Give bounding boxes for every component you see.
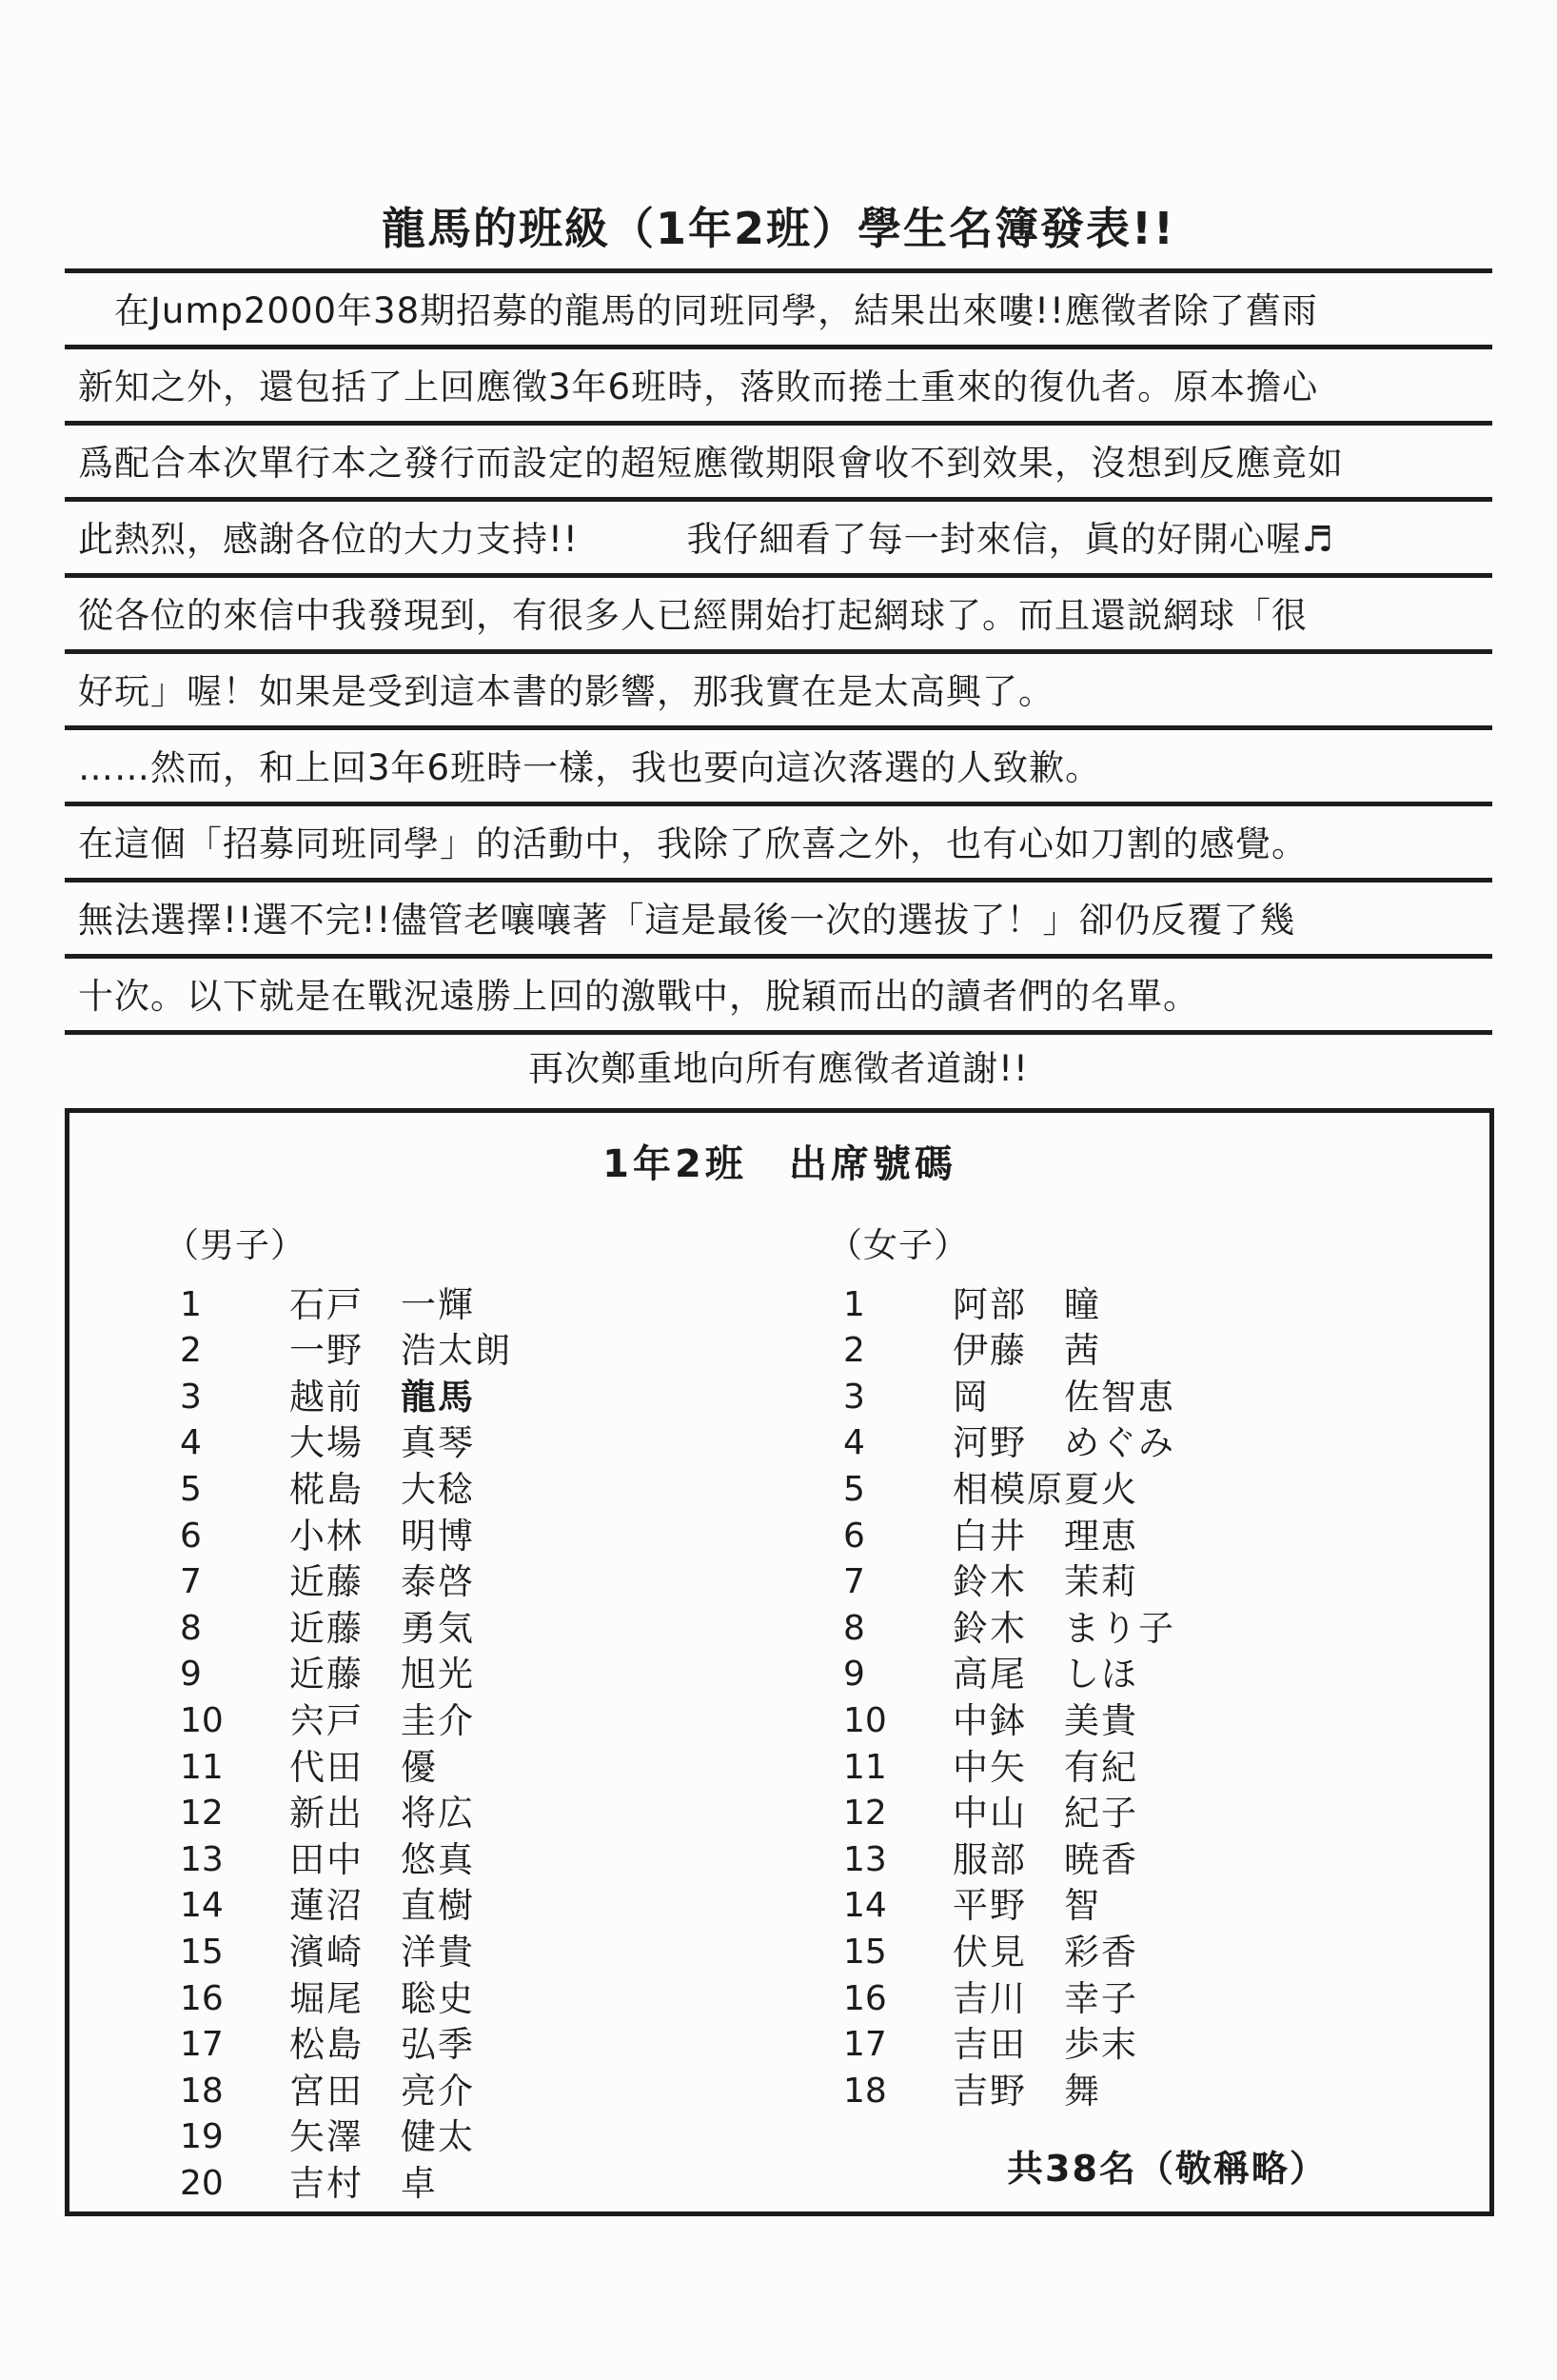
roster-row: 2伊藤茜 — [828, 1328, 1447, 1375]
roster-row: 11代田優 — [165, 1745, 828, 1792]
roster-given: 旭光 — [401, 1652, 828, 1698]
roster-given: 優 — [401, 1745, 828, 1792]
intro-line-1: 在Jump2000年38期招募的龍馬的同班同學，結果出來嘍!!應徵者除了舊雨 — [65, 273, 1492, 349]
roster-given: 歩末 — [1064, 2022, 1447, 2069]
roster-given: 有紀 — [1064, 1745, 1447, 1792]
roster-surname: 小林 — [289, 1514, 401, 1560]
closing-thanks-line: 再次鄭重地向所有應徵者道謝!! — [65, 1035, 1492, 1086]
roster-given: 真琴 — [401, 1420, 828, 1467]
roster-surname: 矢澤 — [289, 2114, 401, 2161]
roster-given: 大稔 — [401, 1467, 828, 1514]
roster-given: 洋貴 — [401, 1930, 828, 1976]
intro-line-5: 從各位的來信中我發現到，有很多人已經開始打起網球了。而且還説網球「很 — [65, 578, 1492, 654]
roster-row: 18吉野舞 — [828, 2069, 1447, 2115]
roster-no: 10 — [843, 1698, 953, 1745]
roster-row: 17松島弘季 — [165, 2022, 828, 2069]
roster-row: 1阿部瞳 — [828, 1282, 1447, 1329]
class-roster-box: 1年2班 出席號碼 （男子） 1石戸一輝2一野浩太朗3越前龍馬4大場真琴5椛島大… — [65, 1108, 1494, 2216]
roster-no: 4 — [843, 1420, 953, 1467]
boys-column-header: （男子） — [165, 1229, 828, 1263]
roster-row: 14平野智 — [828, 1883, 1447, 1930]
roster-no: 5 — [843, 1467, 953, 1514]
roster-surname: 新出 — [289, 1791, 401, 1837]
roster-surname: 吉野 — [953, 2069, 1064, 2115]
roster-row: 17吉田歩末 — [828, 2022, 1447, 2069]
roster-given: 龍馬 — [401, 1375, 828, 1421]
roster-title: 1年2班 出席號碼 — [69, 1145, 1489, 1183]
roster-given: 茉莉 — [1064, 1559, 1447, 1606]
roster-surname: 平野 — [953, 1883, 1064, 1930]
page-title: 龍馬的班級（1年2班）學生名簿發表!! — [65, 0, 1492, 253]
intro-line-6: 好玩」喔！如果是受到這本書的影響，那我實在是太高興了。 — [65, 654, 1492, 730]
roster-no: 10 — [180, 1698, 289, 1745]
roster-given: 将広 — [401, 1791, 828, 1837]
roster-given: 茜 — [1064, 1328, 1447, 1375]
roster-surname: 代田 — [289, 1745, 401, 1792]
roster-row: 4河野めぐみ — [828, 1420, 1447, 1467]
roster-no: 19 — [180, 2114, 289, 2161]
roster-surname: 吉川 — [953, 1976, 1064, 2023]
roster-surname: 伏見 — [953, 1930, 1064, 1976]
roster-no: 7 — [843, 1559, 953, 1606]
roster-no: 17 — [180, 2022, 289, 2069]
intro-line-3: 爲配合本次單行本之發行而設定的超短應徵期限會收不到效果，沒想到反應竟如 — [65, 426, 1492, 502]
roster-no: 8 — [843, 1606, 953, 1653]
girls-column-header: （女子） — [828, 1229, 1447, 1263]
roster-no: 5 — [180, 1467, 289, 1514]
roster-surname: 中山 — [953, 1791, 1064, 1837]
roster-row: 12新出将広 — [165, 1791, 828, 1837]
roster-no: 12 — [843, 1791, 953, 1837]
roster-given: 智 — [1064, 1883, 1447, 1930]
roster-given: 夏火 — [1064, 1467, 1447, 1514]
roster-surname: 宮田 — [289, 2069, 401, 2115]
intro-line-8: 在這個「招募同班同學」的活動中，我除了欣喜之外，也有心如刀割的感覺。 — [65, 806, 1492, 883]
roster-surname: 堀尾 — [289, 1976, 401, 2023]
roster-given: まり子 — [1064, 1606, 1447, 1653]
intro-line-4: 此熱烈，感謝各位的大力支持!! 我仔細看了每一封來信，眞的好開心喔♬ — [65, 502, 1492, 578]
roster-no: 13 — [843, 1837, 953, 1884]
roster-row: 14蓮沼直樹 — [165, 1883, 828, 1930]
roster-no: 8 — [180, 1606, 289, 1653]
roster-no: 1 — [180, 1282, 289, 1329]
roster-row: 7近藤泰啓 — [165, 1559, 828, 1606]
roster-surname: 河野 — [953, 1420, 1064, 1467]
roster-surname: 阿部 — [953, 1282, 1064, 1329]
roster-given: 聡史 — [401, 1976, 828, 2023]
roster-row: 2一野浩太朗 — [165, 1328, 828, 1375]
roster-surname: 中鉢 — [953, 1698, 1064, 1745]
roster-columns: （男子） 1石戸一輝2一野浩太朗3越前龍馬4大場真琴5椛島大稔6小林明博7近藤泰… — [69, 1229, 1489, 2208]
roster-row: 6小林明博 — [165, 1514, 828, 1560]
roster-given: 理恵 — [1064, 1514, 1447, 1560]
roster-given: 卓 — [401, 2161, 828, 2208]
intro-line-10: 十次。以下就是在戰況遠勝上回的激戰中，脫穎而出的讀者們的名單。 — [65, 959, 1492, 1035]
intro-line-9: 無法選擇!!選不完!!儘管老嚷嚷著「這是最後一次的選拔了！」卻仍反覆了幾 — [65, 883, 1492, 959]
roster-no: 6 — [843, 1514, 953, 1560]
roster-surname: 服部 — [953, 1837, 1064, 1884]
roster-no: 6 — [180, 1514, 289, 1560]
roster-given: 勇気 — [401, 1606, 828, 1653]
roster-surname: 白井 — [953, 1514, 1064, 1560]
roster-row: 5相模原夏火 — [828, 1467, 1447, 1514]
roster-row: 5椛島大稔 — [165, 1467, 828, 1514]
roster-given: 舞 — [1064, 2069, 1447, 2115]
roster-no: 2 — [180, 1328, 289, 1375]
roster-no: 18 — [180, 2069, 289, 2115]
roster-surname: 濱崎 — [289, 1930, 401, 1976]
roster-row: 10中鉢美貴 — [828, 1698, 1447, 1745]
intro-line-7: ……然而，和上回3年6班時一樣，我也要向這次落選的人致歉。 — [65, 730, 1492, 806]
roster-row: 7鈴木茉莉 — [828, 1559, 1447, 1606]
roster-given: 明博 — [401, 1514, 828, 1560]
roster-given: 一輝 — [401, 1282, 828, 1329]
page-content: 龍馬的班級（1年2班）學生名簿發表!! 在Jump2000年38期招募的龍馬的同… — [0, 0, 1557, 2216]
roster-no: 7 — [180, 1559, 289, 1606]
roster-no: 15 — [843, 1930, 953, 1976]
roster-row: 8近藤勇気 — [165, 1606, 828, 1653]
roster-row: 16吉川幸子 — [828, 1976, 1447, 2023]
roster-surname: 岡 — [953, 1375, 1064, 1421]
roster-row: 4大場真琴 — [165, 1420, 828, 1467]
roster-row: 11中矢有紀 — [828, 1745, 1447, 1792]
roster-surname: 鈴木 — [953, 1606, 1064, 1653]
roster-surname: 近藤 — [289, 1652, 401, 1698]
roster-row: 10宍戸圭介 — [165, 1698, 828, 1745]
roster-surname: 松島 — [289, 2022, 401, 2069]
roster-no: 11 — [180, 1745, 289, 1792]
roster-row: 1石戸一輝 — [165, 1282, 828, 1329]
roster-row: 9高尾しほ — [828, 1652, 1447, 1698]
roster-surname: 蓮沼 — [289, 1883, 401, 1930]
roster-given: 幸子 — [1064, 1976, 1447, 2023]
roster-row: 20吉村卓 — [165, 2161, 828, 2208]
roster-no: 14 — [843, 1883, 953, 1930]
roster-no: 1 — [843, 1282, 953, 1329]
roster-surname: 近藤 — [289, 1559, 401, 1606]
roster-no: 3 — [180, 1375, 289, 1421]
roster-no: 12 — [180, 1791, 289, 1837]
roster-row: 16堀尾聡史 — [165, 1976, 828, 2023]
roster-surname: 近藤 — [289, 1606, 401, 1653]
intro-line-2: 新知之外，還包括了上回應徵3年6班時，落敗而捲土重來的復仇者。原本擔心 — [65, 349, 1492, 426]
roster-surname: 田中 — [289, 1837, 401, 1884]
roster-no: 4 — [180, 1420, 289, 1467]
roster-given: 泰啓 — [401, 1559, 828, 1606]
roster-row: 12中山紀子 — [828, 1791, 1447, 1837]
roster-surname: 越前 — [289, 1375, 401, 1421]
roster-no: 2 — [843, 1328, 953, 1375]
roster-surname: 一野 — [289, 1328, 401, 1375]
roster-no: 16 — [180, 1976, 289, 2023]
roster-row: 3岡佐智恵 — [828, 1375, 1447, 1421]
roster-given: 紀子 — [1064, 1791, 1447, 1837]
roster-no: 13 — [180, 1837, 289, 1884]
roster-given: 亮介 — [401, 2069, 828, 2115]
roster-surname: 宍戸 — [289, 1698, 401, 1745]
roster-surname: 吉村 — [289, 2161, 401, 2208]
roster-given: 圭介 — [401, 1698, 828, 1745]
girls-rows: 1阿部瞳2伊藤茜3岡佐智恵4河野めぐみ5相模原夏火6白井理恵7鈴木茉莉8鈴木まり… — [828, 1282, 1447, 2115]
roster-row: 13服部暁香 — [828, 1837, 1447, 1884]
roster-given: 浩太朗 — [401, 1328, 828, 1375]
roster-no: 14 — [180, 1883, 289, 1930]
roster-given: しほ — [1064, 1652, 1447, 1698]
roster-no: 11 — [843, 1745, 953, 1792]
roster-row: 8鈴木まり子 — [828, 1606, 1447, 1653]
roster-given: 佐智恵 — [1064, 1375, 1447, 1421]
roster-no: 18 — [843, 2069, 953, 2115]
roster-no: 9 — [180, 1652, 289, 1698]
total-count-note: 共38名（敬稱略） — [828, 2151, 1447, 2187]
roster-surname: 鈴木 — [953, 1559, 1064, 1606]
roster-surname: 石戸 — [289, 1282, 401, 1329]
roster-no: 20 — [180, 2161, 289, 2208]
manga-extra-page: 龍馬的班級（1年2班）學生名簿發表!! 在Jump2000年38期招募的龍馬的同… — [0, 0, 1557, 2380]
roster-row: 15濱崎洋貴 — [165, 1930, 828, 1976]
roster-surname: 中矢 — [953, 1745, 1064, 1792]
roster-surname: 椛島 — [289, 1467, 401, 1514]
boys-rows: 1石戸一輝2一野浩太朗3越前龍馬4大場真琴5椛島大稔6小林明博7近藤泰啓8近藤勇… — [165, 1282, 828, 2208]
roster-given: めぐみ — [1064, 1420, 1447, 1467]
roster-no: 3 — [843, 1375, 953, 1421]
roster-row: 6白井理恵 — [828, 1514, 1447, 1560]
roster-given: 暁香 — [1064, 1837, 1447, 1884]
girls-column: （女子） 1阿部瞳2伊藤茜3岡佐智恵4河野めぐみ5相模原夏火6白井理恵7鈴木茉莉… — [828, 1229, 1447, 2208]
roster-given: 弘季 — [401, 2022, 828, 2069]
roster-no: 9 — [843, 1652, 953, 1698]
roster-given: 美貴 — [1064, 1698, 1447, 1745]
roster-row: 19矢澤健太 — [165, 2114, 828, 2161]
roster-no: 17 — [843, 2022, 953, 2069]
roster-row: 13田中悠真 — [165, 1837, 828, 1884]
roster-surname: 相模原 — [953, 1467, 1064, 1514]
roster-surname: 高尾 — [953, 1652, 1064, 1698]
intro-paragraph-lines: 在Jump2000年38期招募的龍馬的同班同學，結果出來嘍!!應徵者除了舊雨新知… — [65, 268, 1492, 1035]
roster-surname: 伊藤 — [953, 1328, 1064, 1375]
roster-given: 瞳 — [1064, 1282, 1447, 1329]
roster-row: 9近藤旭光 — [165, 1652, 828, 1698]
roster-given: 悠真 — [401, 1837, 828, 1884]
roster-surname: 大場 — [289, 1420, 401, 1467]
roster-row: 3越前龍馬 — [165, 1375, 828, 1421]
roster-surname: 吉田 — [953, 2022, 1064, 2069]
roster-no: 15 — [180, 1930, 289, 1976]
roster-given: 彩香 — [1064, 1930, 1447, 1976]
roster-no: 16 — [843, 1976, 953, 2023]
roster-given: 直樹 — [401, 1883, 828, 1930]
boys-column: （男子） 1石戸一輝2一野浩太朗3越前龍馬4大場真琴5椛島大稔6小林明博7近藤泰… — [165, 1229, 828, 2208]
roster-given: 健太 — [401, 2114, 828, 2161]
roster-row: 15伏見彩香 — [828, 1930, 1447, 1976]
roster-row: 18宮田亮介 — [165, 2069, 828, 2115]
